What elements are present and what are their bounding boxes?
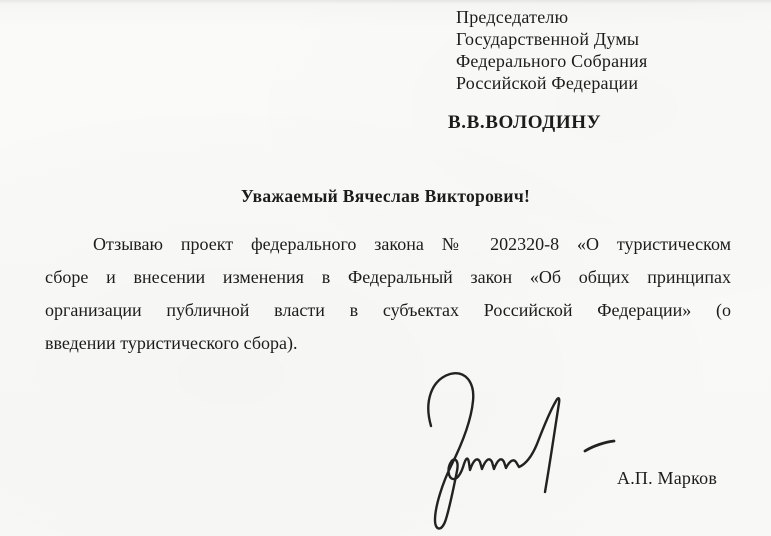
body-paragraph: Отзываю проект федерального закона № 202…: [45, 228, 731, 360]
body-line: сборе и внесении изменения в Федеральный…: [45, 261, 731, 294]
handwritten-signature-icon: [418, 368, 628, 536]
addressee-line: Председателю: [456, 6, 647, 28]
signer-name: А.П. Марков: [617, 468, 717, 489]
addressee-line: Государственной Думы: [456, 28, 647, 50]
body-line: введении туристического сбора).: [45, 327, 731, 360]
signature-block: [418, 368, 628, 536]
recipient-name: В.В.ВОЛОДИНУ: [448, 112, 601, 134]
addressee-line: Российской Федерации: [456, 72, 647, 94]
body-line: Отзываю проект федерального закона № 202…: [45, 228, 731, 261]
body-line: организации публичной власти в субъектах…: [45, 294, 731, 327]
addressee-block: Председателю Государственной Думы Федера…: [456, 6, 647, 94]
addressee-line: Федерального Собрания: [456, 50, 647, 72]
letter-page: Председателю Государственной Думы Федера…: [0, 0, 771, 536]
salutation: Уважаемый Вячеслав Викторович!: [0, 186, 771, 207]
